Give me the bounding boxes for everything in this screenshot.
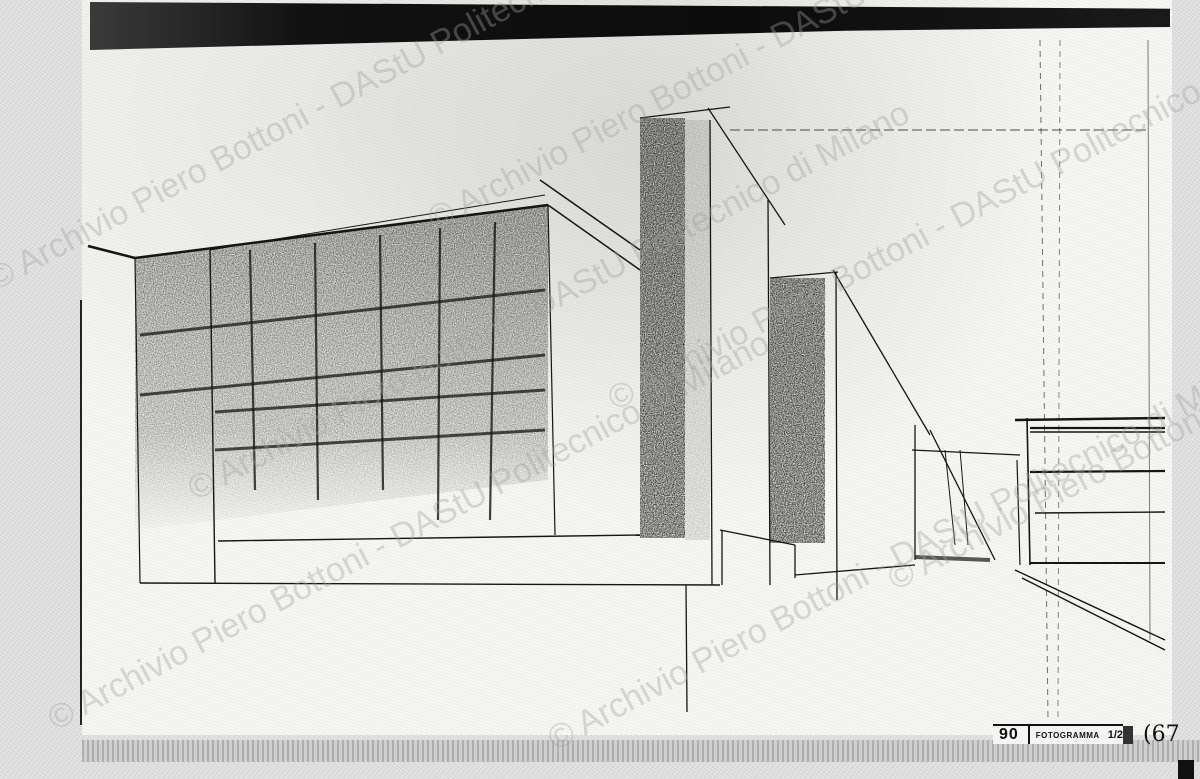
frame-fraction: 1/2 [1100, 729, 1123, 741]
perspective-drawing [0, 0, 1200, 779]
frame-number: 90 [993, 726, 1028, 744]
frame-text: FOTOGRAMMA [1030, 731, 1100, 740]
corner-registration-mark [1178, 760, 1194, 779]
label-end-mark [1123, 726, 1133, 744]
sheet-number: (67 [1143, 722, 1180, 747]
second-dark-tower [770, 278, 825, 543]
tall-dark-tower [640, 118, 710, 540]
frame-label: 90 FOTOGRAMMA 1/2 [993, 724, 1123, 744]
facade-block-left [135, 205, 548, 530]
